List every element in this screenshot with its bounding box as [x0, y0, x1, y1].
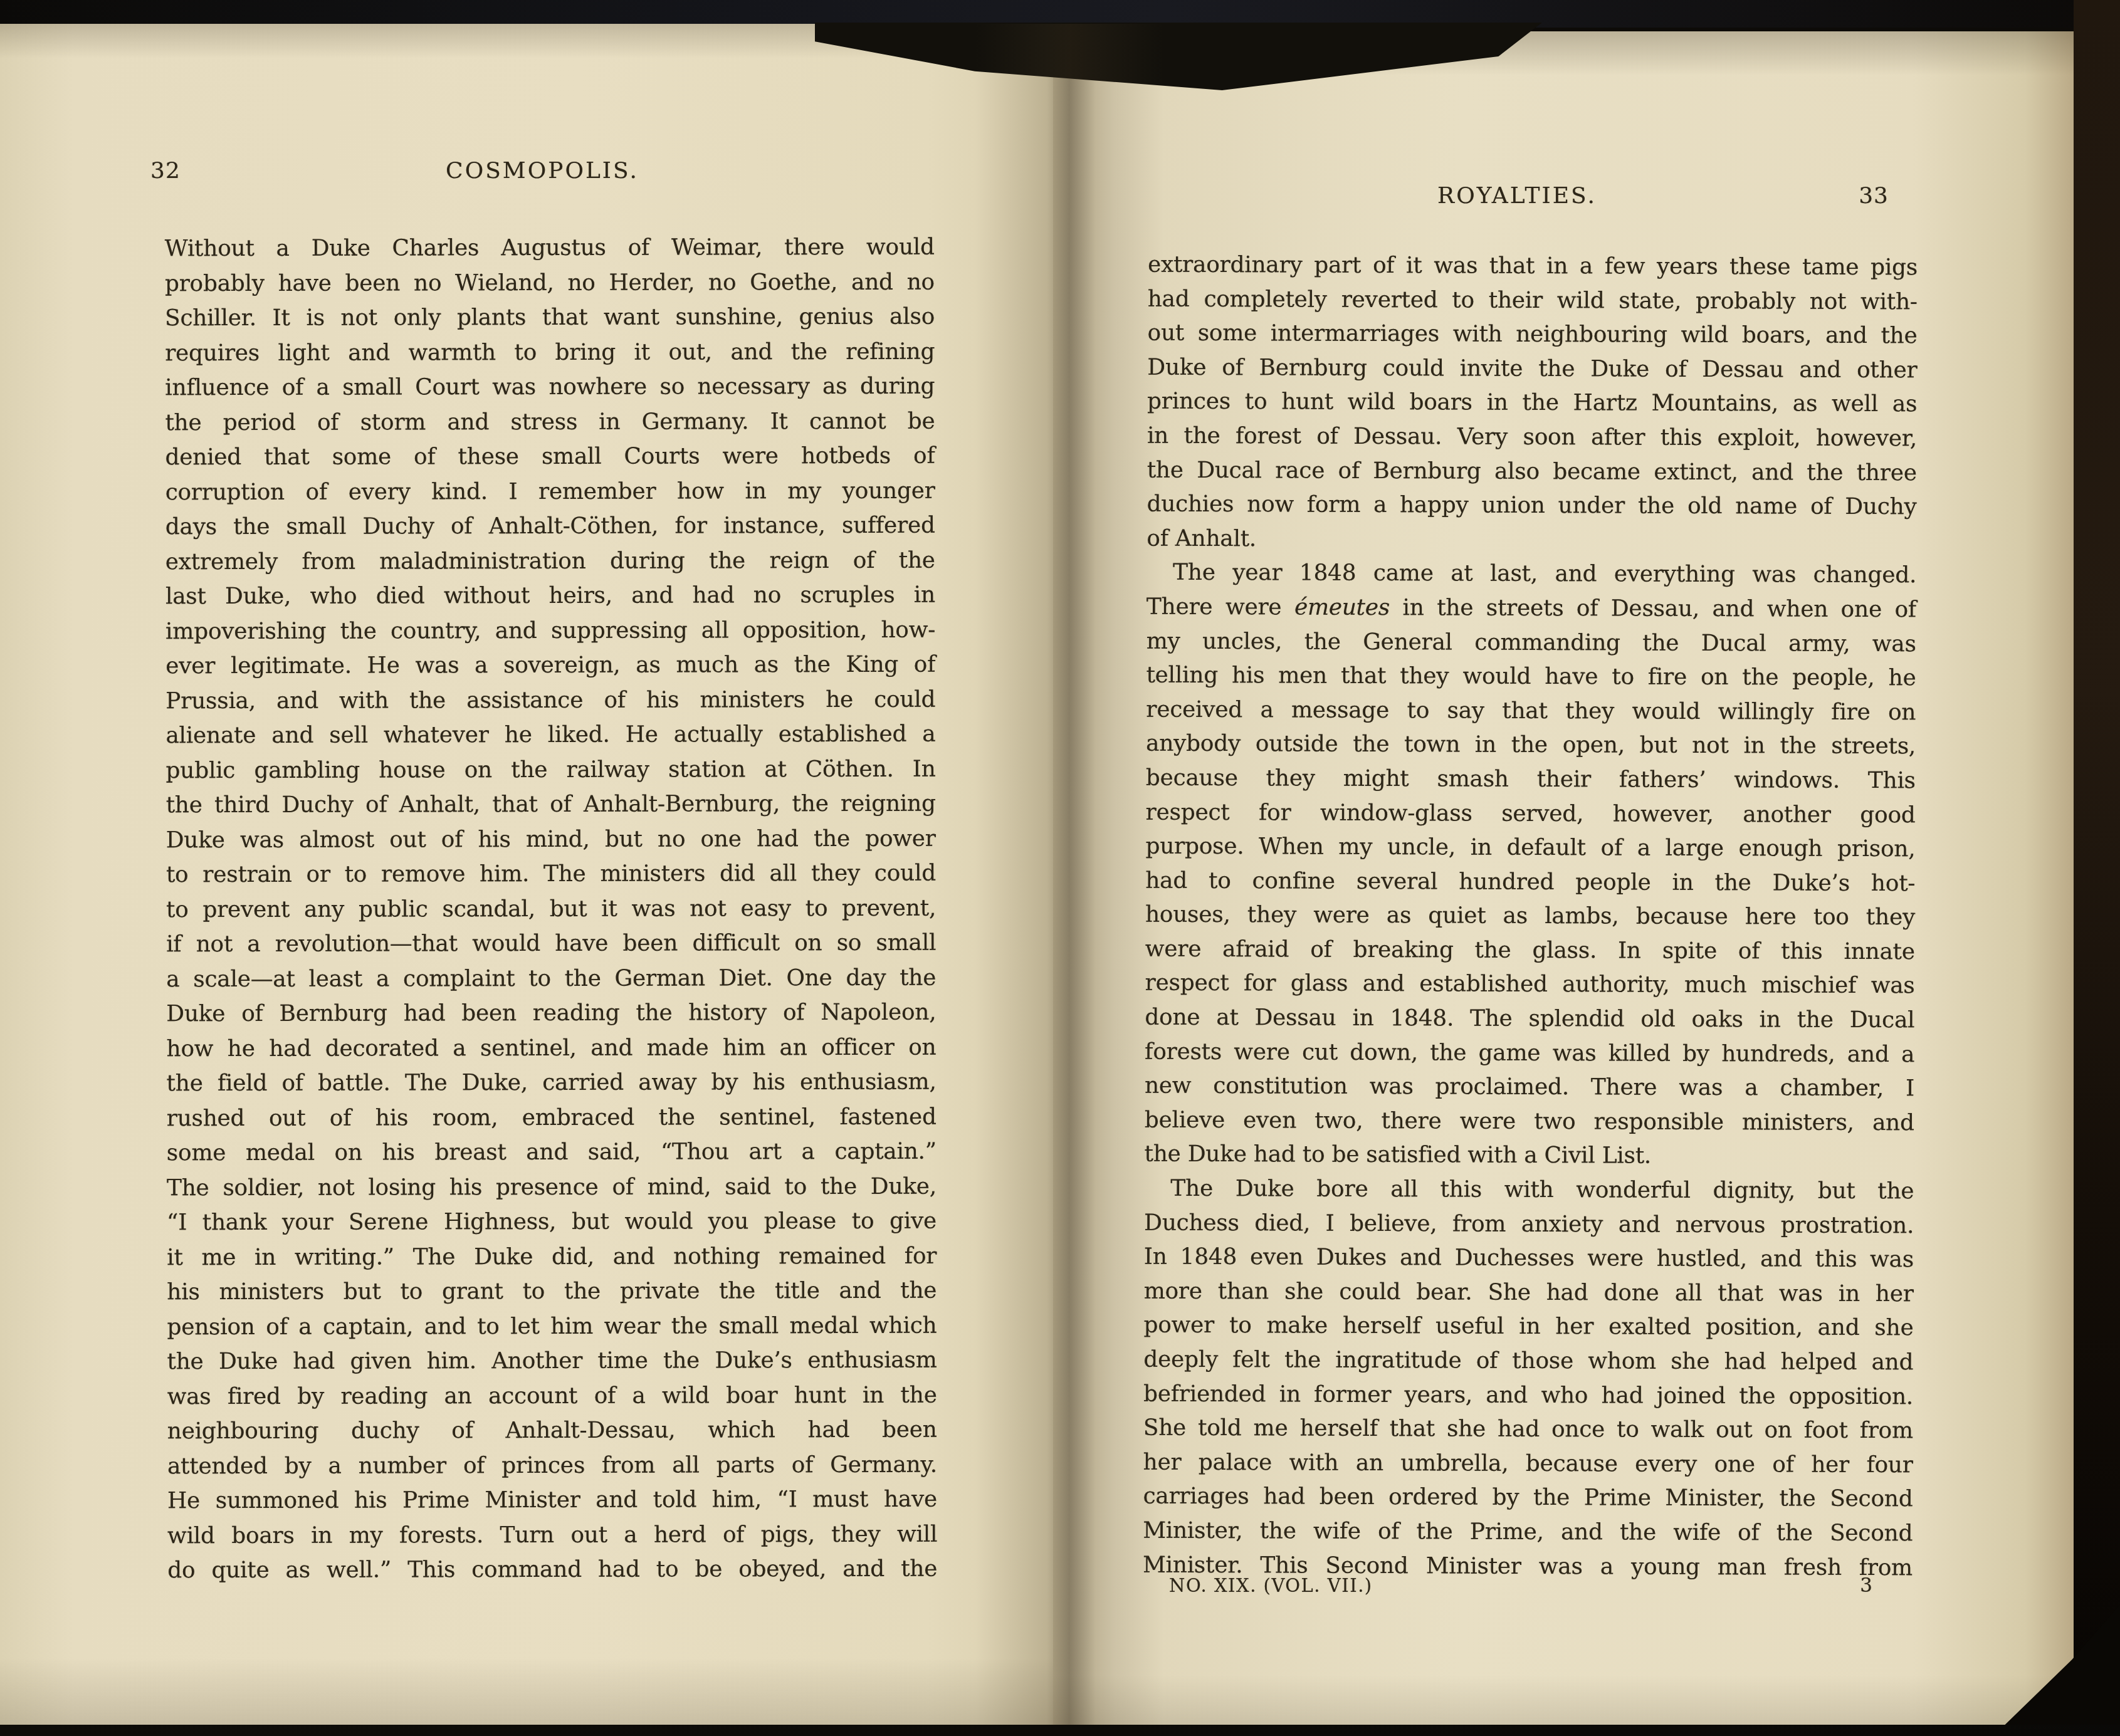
book-cover-right-edge	[2074, 0, 2120, 1736]
text-segment: Duke of Bernburg could invite the Duke o…	[1147, 354, 1917, 383]
text-segment: respect for window-glass served, however…	[1146, 799, 1916, 828]
text-line: alienate and sell whatever he liked. He …	[165, 717, 935, 753]
left-running-header: COSMOPOLIS.	[150, 158, 934, 184]
text-segment: more than she could bear. She had done a…	[1144, 1278, 1914, 1307]
text-line: done at Dessau in 1848. The splendid old…	[1145, 1001, 1914, 1038]
text-segment: in the forest of Dessau. Very soon after…	[1147, 423, 1917, 452]
text-line: were afraid of breaking the glass. In sp…	[1145, 933, 1915, 970]
text-line: houses, they were as quiet as lambs, bec…	[1145, 898, 1915, 935]
text-line: attended by a number of princes from all…	[167, 1447, 937, 1483]
text-segment: had completely reverted to their wild st…	[1148, 286, 1918, 315]
text-segment: duchies now form a happy union under the…	[1147, 491, 1916, 520]
text-line: the Duke had to be satisfied with a Civi…	[1144, 1137, 1914, 1174]
text-line: if not a revolution—that would have been…	[166, 926, 936, 962]
right-running-header: ROYALTIES.	[1145, 183, 1889, 209]
text-segment: new constitution was proclaimed. There w…	[1145, 1073, 1914, 1102]
left-page-text: Without a Duke Charles Augustus of Weima…	[165, 230, 938, 1588]
text-line: some medal on his breast and said, “Thou…	[167, 1134, 937, 1171]
italic-text: émeutes	[1294, 594, 1390, 620]
text-line: respect for window-glass served, however…	[1146, 795, 1916, 832]
text-segment: purpose. When my uncle, in default of a …	[1145, 834, 1915, 862]
text-segment: days the small Duchy of Anhalt-Cöthen, f…	[165, 513, 935, 540]
text-segment: power to make herself useful in her exal…	[1143, 1312, 1913, 1341]
text-segment: neighbouring duchy of Anhalt-Dessau, whi…	[167, 1417, 937, 1445]
text-line: The soldier, not losing his presence of …	[167, 1169, 937, 1205]
text-segment: She told me herself that she had once to…	[1143, 1415, 1913, 1444]
text-line: forests were cut down, the game was kill…	[1145, 1035, 1914, 1072]
book-cover-bottom-edge	[0, 1725, 2120, 1736]
text-segment: her palace with an umbrella, because eve…	[1143, 1449, 1913, 1478]
text-line: pension of a captain, and to let him wea…	[167, 1308, 937, 1344]
text-segment: because they might smash their fathers’ …	[1146, 765, 1916, 794]
text-line: because they might smash their fathers’ …	[1146, 761, 1916, 798]
text-line: his ministers but to grant to the privat…	[167, 1273, 937, 1310]
text-segment: to prevent any public scandal, but it wa…	[166, 895, 936, 923]
text-segment: He summoned his Prime Minister and told …	[167, 1487, 937, 1514]
text-line: power to make herself useful in her exal…	[1143, 1309, 1913, 1346]
text-line: The year 1848 came at last, and everythi…	[1147, 556, 1916, 593]
text-segment: public gambling house on the railway sta…	[165, 756, 935, 783]
text-segment: Schiller. It is not only plants that wan…	[165, 304, 935, 332]
text-line: was fired by reading an account of a wil…	[167, 1378, 937, 1414]
text-segment: the period of storm and stress in German…	[165, 408, 935, 436]
text-segment: The Duke bore all this with wonderful di…	[1170, 1176, 1914, 1205]
text-line: to restrain or to remove him. The minist…	[166, 856, 936, 892]
text-line: impoverishing the country, and suppressi…	[165, 612, 935, 649]
text-line: the period of storm and stress in German…	[165, 404, 935, 440]
text-segment: out some intermarriages with neighbourin…	[1147, 320, 1917, 349]
text-line: requires light and warmth to bring it ou…	[165, 334, 935, 370]
text-line: the Duke had given him. Another time the…	[167, 1343, 937, 1379]
text-segment: houses, they were as quiet as lambs, bec…	[1145, 902, 1915, 931]
text-segment: “I thank your Serene Highness, but would…	[167, 1208, 937, 1236]
text-segment: last Duke, who died without heirs, and h…	[165, 582, 935, 610]
text-line: days the small Duchy of Anhalt-Cöthen, f…	[165, 508, 935, 545]
text-segment: In 1848 even Dukes and Duchesses were hu…	[1144, 1244, 1914, 1273]
text-line: had completely reverted to their wild st…	[1148, 282, 1918, 319]
text-segment: believe even two, there were two respons…	[1145, 1107, 1914, 1136]
text-line: do quite as well.” This command had to b…	[167, 1552, 937, 1588]
text-segment: the third Duchy of Anhalt, that of Anhal…	[166, 791, 936, 818]
text-segment: forests were cut down, the game was kill…	[1145, 1038, 1914, 1067]
text-segment: done at Dessau in 1848. The splendid old…	[1145, 1005, 1914, 1033]
text-line: rushed out of his room, embraced the sen…	[167, 1099, 937, 1136]
text-line: extraordinary part of it was that in a f…	[1148, 248, 1918, 285]
text-segment: Without a Duke Charles Augustus of Weima…	[165, 234, 935, 262]
text-segment: how he had decorated a sentinel, and mad…	[166, 1034, 936, 1062]
text-segment: was fired by reading an account of a wil…	[167, 1382, 937, 1409]
left-page-header: 32 COSMOPOLIS.	[150, 158, 934, 184]
text-segment: if not a revolution—that would have been…	[166, 930, 936, 958]
text-line: probably have been no Wieland, no Herder…	[165, 264, 935, 301]
text-line: influence of a small Court was nowhere s…	[165, 369, 935, 405]
text-line: Schiller. It is not only plants that wan…	[165, 300, 935, 336]
text-segment: alienate and sell whatever he liked. He …	[165, 721, 935, 749]
text-segment: There were	[1147, 594, 1294, 620]
text-segment: corruption of every kind. I remember how…	[165, 478, 935, 505]
text-line: in the forest of Dessau. Very soon after…	[1147, 419, 1917, 456]
text-segment: extraordinary part of it was that in a f…	[1148, 252, 1918, 281]
text-segment: extremely from maladministration during …	[165, 547, 935, 575]
right-page-text: extraordinary part of it was that in a f…	[1143, 248, 1918, 1586]
text-line: “I thank your Serene Highness, but would…	[167, 1204, 937, 1240]
text-line: Duke was almost out of his mind, but no …	[166, 821, 936, 857]
text-segment: denied that some of these small Courts w…	[165, 443, 935, 471]
text-line: Duke of Bernburg could invite the Duke o…	[1147, 350, 1917, 387]
gutter-shadow	[975, 24, 1163, 1726]
text-segment: requires light and warmth to bring it ou…	[165, 338, 935, 366]
text-line: public gambling house on the railway sta…	[165, 751, 935, 788]
text-line: neighbouring duchy of Anhalt-Dessau, whi…	[167, 1413, 937, 1449]
text-line: Minister, the wife of the Prime, and the…	[1143, 1514, 1913, 1551]
text-segment: The soldier, not losing his presence of …	[167, 1173, 937, 1201]
text-segment: some medal on his breast and said, “Thou…	[167, 1139, 937, 1166]
text-line: deeply felt the ingratitude of those who…	[1143, 1343, 1913, 1380]
text-line: duchies now form a happy union under the…	[1147, 488, 1916, 525]
text-segment: were afraid of breaking the glass. In sp…	[1145, 936, 1915, 965]
text-line: had to confine several hundred people in…	[1145, 864, 1915, 901]
text-line: believe even two, there were two respons…	[1145, 1103, 1914, 1140]
text-segment: probably have been no Wieland, no Herder…	[165, 269, 935, 296]
text-segment: in the streets of Dessau, and when one o…	[1390, 595, 1916, 622]
text-line: princes to hunt wild boars in the Hartz …	[1147, 385, 1917, 422]
text-line: purpose. When my uncle, in default of a …	[1145, 830, 1915, 867]
text-line: She told me herself that she had once to…	[1143, 1411, 1913, 1448]
text-segment: princes to hunt wild boars in the Hartz …	[1147, 389, 1917, 417]
text-segment: the Ducal race of Bernburg also became e…	[1147, 457, 1917, 486]
text-segment: impoverishing the country, and suppressi…	[165, 617, 935, 644]
text-segment: Duke was almost out of his mind, but no …	[166, 825, 936, 853]
text-segment: telling his men that they would have to …	[1146, 662, 1916, 691]
text-line: wild boars in my forests. Turn out a her…	[167, 1517, 937, 1553]
text-segment: Duke of Bernburg had been reading the hi…	[166, 1000, 936, 1027]
text-segment: the Duke had given him. Another time the…	[167, 1347, 937, 1375]
text-segment: ever legitimate. He was a sovereign, as …	[165, 652, 935, 679]
text-line: denied that some of these small Courts w…	[165, 439, 935, 475]
text-line: of Anhalt.	[1147, 521, 1916, 558]
text-segment: befriended in former years, and who had …	[1143, 1381, 1913, 1409]
text-segment: rushed out of his room, embraced the sen…	[167, 1104, 937, 1131]
issue-volume-note: NO. XIX. (VOL. VII.)	[1169, 1575, 1373, 1596]
text-line: Without a Duke Charles Augustus of Weima…	[165, 230, 935, 266]
text-segment: received a message to say that they woul…	[1146, 696, 1916, 725]
book-scan: 32 COSMOPOLIS. ROYALTIES. 33 Without a D…	[0, 0, 2120, 1736]
text-line: befriended in former years, and who had …	[1143, 1377, 1913, 1414]
text-segment: his ministers but to grant to the privat…	[167, 1278, 937, 1305]
text-segment: do quite as well.” This command had to b…	[167, 1556, 937, 1584]
text-line: Duchess died, I believe, from anxiety an…	[1144, 1206, 1914, 1243]
text-line: received a message to say that they woul…	[1146, 693, 1916, 729]
text-line: extremely from maladministration during …	[165, 543, 935, 579]
text-line: corruption of every kind. I remember how…	[165, 473, 935, 510]
text-line: Prussia, and with the assistance of his …	[165, 682, 935, 718]
text-line: new constitution was proclaimed. There w…	[1145, 1069, 1914, 1106]
text-segment: attended by a number of princes from all…	[167, 1451, 937, 1479]
right-page-footer: NO. XIX. (VOL. VII.) 3	[1169, 1574, 1872, 1597]
text-line: my uncles, the General commanding the Du…	[1147, 624, 1916, 661]
text-line: the third Duchy of Anhalt, that of Anhal…	[166, 787, 936, 823]
text-line: In 1848 even Dukes and Duchesses were hu…	[1144, 1240, 1914, 1277]
text-segment: respect for glass and established author…	[1145, 970, 1915, 999]
text-segment: Duchess died, I believe, from anxiety an…	[1144, 1210, 1914, 1238]
text-line: anybody outside the town in the open, bu…	[1146, 727, 1916, 764]
text-segment: Prussia, and with the assistance of his …	[165, 686, 935, 714]
right-page-header: ROYALTIES. 33	[1145, 183, 1889, 209]
text-segment: of Anhalt.	[1147, 525, 1256, 552]
text-segment: a scale—at least a complaint to the Germ…	[166, 965, 936, 992]
text-segment: influence of a small Court was nowhere s…	[165, 374, 935, 401]
text-segment: Minister, the wife of the Prime, and the…	[1143, 1518, 1913, 1547]
text-line: ever legitimate. He was a sovereign, as …	[165, 647, 935, 684]
text-line: There were émeutes in the streets of Des…	[1147, 590, 1916, 627]
text-segment: anybody outside the town in the open, bu…	[1146, 731, 1916, 760]
text-line: it me in writing.” The Duke did, and not…	[167, 1238, 937, 1275]
text-line: more than she could bear. She had done a…	[1144, 1274, 1914, 1311]
text-segment: deeply felt the ingratitude of those who…	[1143, 1347, 1913, 1376]
signature-number: 3	[1860, 1574, 1872, 1597]
text-line: to prevent any public scandal, but it wa…	[166, 891, 936, 927]
text-segment: the field of battle. The Duke, carried a…	[167, 1069, 937, 1097]
text-line: the field of battle. The Duke, carried a…	[167, 1065, 937, 1101]
text-line: The Duke bore all this with wonderful di…	[1144, 1172, 1914, 1209]
text-segment: wild boars in my forests. Turn out a her…	[167, 1521, 937, 1549]
text-line: telling his men that they would have to …	[1146, 659, 1916, 696]
text-segment: carriages had been ordered by the Prime …	[1143, 1483, 1913, 1512]
text-line: her palace with an umbrella, because eve…	[1143, 1445, 1913, 1482]
text-segment: to restrain or to remove him. The minist…	[166, 860, 936, 888]
text-line: out some intermarriages with neighbourin…	[1147, 316, 1917, 353]
text-line: a scale—at least a complaint to the Germ…	[166, 960, 936, 996]
text-segment: had to confine several hundred people in…	[1145, 867, 1915, 896]
text-line: respect for glass and established author…	[1145, 966, 1914, 1003]
text-line: last Duke, who died without heirs, and h…	[165, 578, 935, 614]
text-line: how he had decorated a sentinel, and mad…	[166, 1030, 936, 1066]
text-line: carriages had been ordered by the Prime …	[1143, 1480, 1913, 1517]
text-segment: it me in writing.” The Duke did, and not…	[167, 1243, 937, 1270]
text-line: Duke of Bernburg had been reading the hi…	[166, 995, 936, 1032]
text-line: He summoned his Prime Minister and told …	[167, 1482, 937, 1519]
text-segment: the Duke had to be satisfied with a Civi…	[1144, 1141, 1651, 1169]
text-segment: my uncles, the General commanding the Du…	[1147, 628, 1916, 657]
text-line: the Ducal race of Bernburg also became e…	[1147, 453, 1917, 490]
text-segment: The year 1848 came at last, and everythi…	[1173, 560, 1916, 588]
text-segment: pension of a captain, and to let him wea…	[167, 1312, 937, 1340]
